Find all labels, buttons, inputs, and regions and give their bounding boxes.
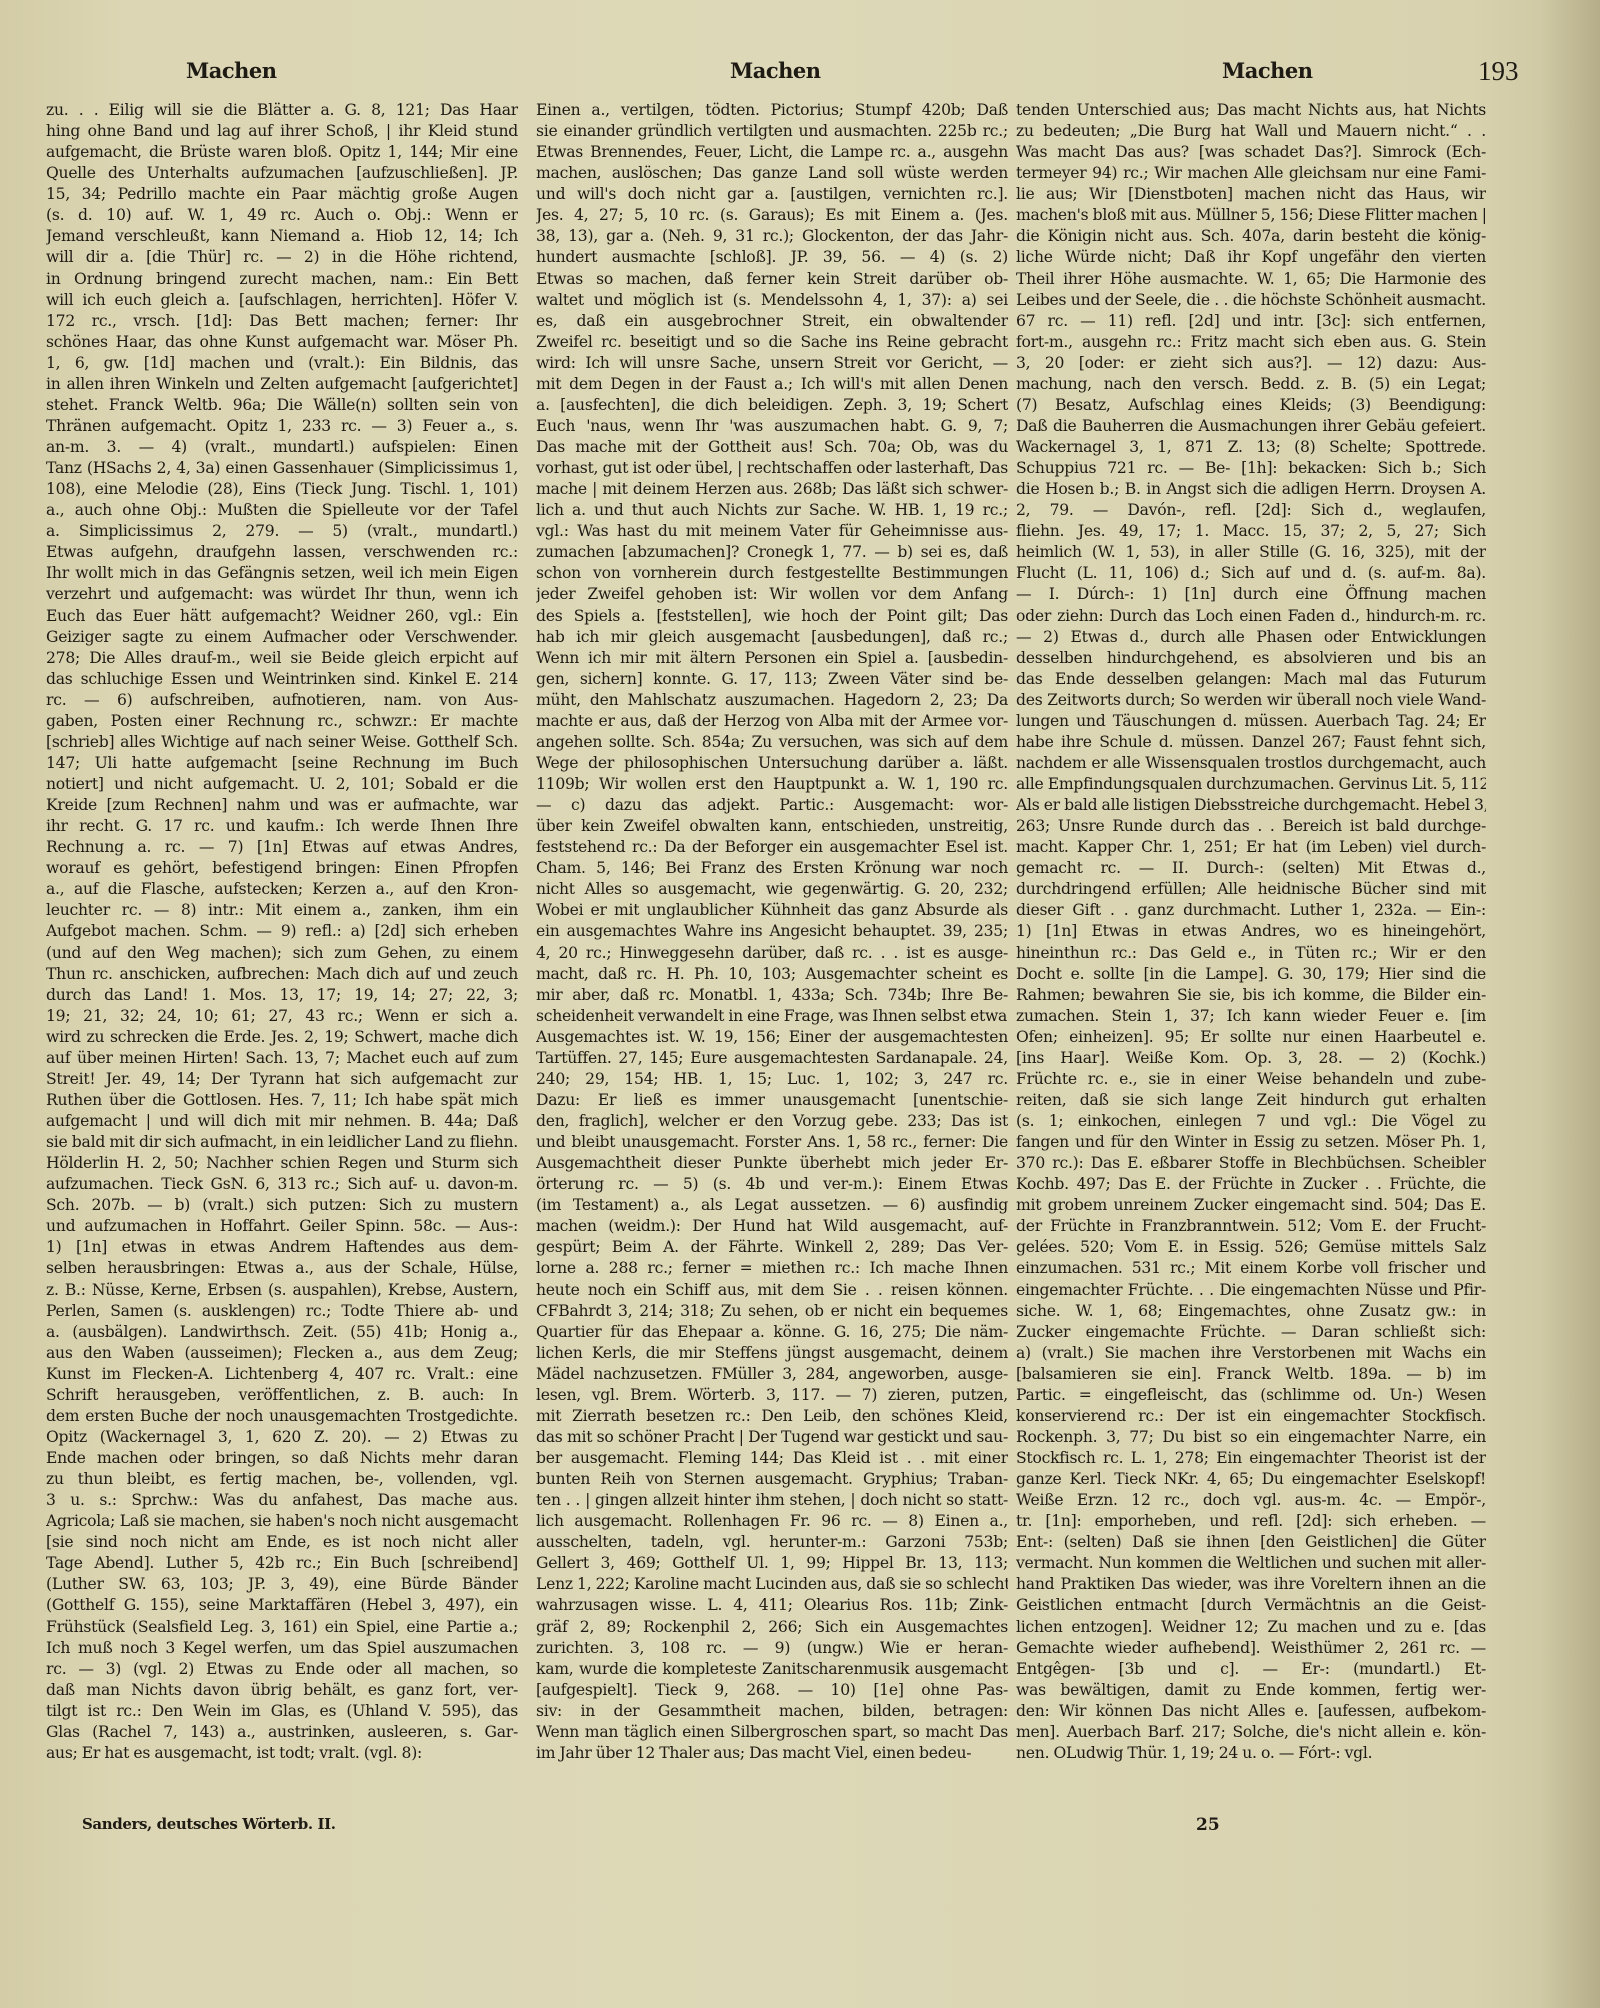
text-line: Schrift herausgeben, veröffentlichen, z.… xyxy=(46,1385,518,1406)
text-line: lich a. und thut auch Nichts zur Sache. … xyxy=(536,500,1008,521)
text-line: lorne a. 288 rc.; ferner = miethen rc.: … xyxy=(536,1258,1008,1279)
text-line: mache | mit deinem Herzen aus. 268b; Das… xyxy=(536,479,1008,500)
text-line: und aufzumachen in Hoffahrt. Geiler Spin… xyxy=(46,1216,518,1237)
text-line: Tage Abend]. Luther 5, 42b rc.; Ein Buch… xyxy=(46,1553,518,1574)
text-line: eingemachter Früchte. . . Die eingemacht… xyxy=(1016,1280,1486,1301)
text-line: Stockfisch rc. L. 1, 278; Ein eingemacht… xyxy=(1016,1448,1486,1469)
text-line: vorhast, gut ist oder übel, | rechtschaf… xyxy=(536,458,1008,479)
text-line: tilgt ist rc.: Den Wein im Glas, es (Uhl… xyxy=(46,1701,518,1722)
text-line: aufzumachen. Tieck GsN. 6, 313 rc.; Sich… xyxy=(46,1174,518,1195)
text-line: in Ordnung bringend zurecht machen, nam.… xyxy=(46,269,518,290)
text-line: rc. — 3) (vgl. 2) Etwas zu Ende oder all… xyxy=(46,1659,518,1680)
text-line: Euch 'naus, wenn Ihr 'was auszumachen ha… xyxy=(536,416,1008,437)
text-line: wahrzusagen wisse. L. 4, 411; Olearius R… xyxy=(536,1595,1008,1616)
text-line: des Zeitworts durch; So werden wir übera… xyxy=(1016,690,1486,711)
text-line: ihr recht. G. 17 rc. und kaufm.: Ich wer… xyxy=(46,816,518,837)
text-line: fangen und für den Winter in Essig zu se… xyxy=(1016,1132,1486,1153)
text-line: zumachen [abzumachen]? Cronegk 1, 77. — … xyxy=(536,542,1008,563)
text-line: Kunst im Flecken-A. Lichtenberg 4, 407 r… xyxy=(46,1364,518,1385)
text-line: habe ihre Schule d. müssen. Danzel 267; … xyxy=(1016,732,1486,753)
text-line: Daß die Bauherren die Ausmachungen ihrer… xyxy=(1016,416,1486,437)
text-line: angehen sollte. Sch. 854a; Zu versuchen,… xyxy=(536,732,1008,753)
text-line: Weiße Erzn. 12 rc., doch vgl. aus-m. 4c.… xyxy=(1016,1490,1486,1511)
text-line: machung, nach den versch. Bedd. z. B. (5… xyxy=(1016,374,1486,395)
text-line: Agricola; Laß sie machen, sie haben's no… xyxy=(46,1511,518,1532)
text-line: Wobei er mit unglaublicher Kühnheit das … xyxy=(536,900,1008,921)
text-column-1: zu. . . Eilig will sie die Blätter a. G.… xyxy=(46,100,518,1764)
text-line: ganze Kerl. Tieck NKr. 4, 65; Du eingema… xyxy=(1016,1469,1486,1490)
text-line: Wackernagel 3, 1, 871 Z. 13; (8) Schelte… xyxy=(1016,437,1486,458)
text-line: (Luther SW. 63, 103; JP. 3, 49), eine Bü… xyxy=(46,1574,518,1595)
running-head-left: Machen xyxy=(186,58,277,88)
text-line: Thränen aufgemacht. Opitz 1, 233 rc. — 3… xyxy=(46,416,518,437)
text-line: Ausgemachtes ist. W. 19, 156; Einer der … xyxy=(536,1027,1008,1048)
text-line: 38, 13), gar a. (Neh. 9, 31 rc.); Glocke… xyxy=(536,226,1008,247)
text-line: (Gotthelf G. 155), seine Marktaffären (H… xyxy=(46,1595,518,1616)
text-line: lesen, vgl. Brem. Wörterb. 3, 117. — 7) … xyxy=(536,1385,1008,1406)
text-line: vermacht. Nun kommen die Weltlichen und … xyxy=(1016,1553,1486,1574)
text-line: Gemachte wieder aufhebend]. Weisthümer 2… xyxy=(1016,1638,1486,1659)
text-line: 108), eine Melodie (28), Eins (Tieck Jun… xyxy=(46,479,518,500)
text-line: Docht e. sollte [in die Lampe]. G. 30, 1… xyxy=(1016,964,1486,985)
text-line: Früchte rc. e., sie in einer Weise behan… xyxy=(1016,1069,1486,1090)
text-line: Ich muß noch 3 Kegel werfen, um das Spie… xyxy=(46,1638,518,1659)
text-line: scheidenheit verwandelt in eine Frage, w… xyxy=(536,1006,1008,1027)
text-line: nicht Alles so ausgemacht, wie gegenwärt… xyxy=(536,879,1008,900)
text-line: Ofen; einheizen]. 95; Er sollte nur eine… xyxy=(1016,1027,1486,1048)
text-line: a., auch ohne Obj.: Mußten die Spielleut… xyxy=(46,500,518,521)
text-line: liche Würde nicht; Daß ihr Kopf ungefähr… xyxy=(1016,247,1486,268)
text-line: Ausgemachtheit dieser Punkte überhebt mi… xyxy=(536,1153,1008,1174)
text-line: Schuppius 721 rc. — Be- [1h]: bekacken: … xyxy=(1016,458,1486,479)
text-line: men]. Auerbach Barf. 217; Solche, die's … xyxy=(1016,1722,1486,1743)
text-line: [balsamieren sie ein]. Franck Weltb. 189… xyxy=(1016,1364,1486,1385)
text-line: — c) dazu das adjekt. Partic.: Ausgemach… xyxy=(536,795,1008,816)
text-line: das mit so schöner Pracht | Der Tugend w… xyxy=(536,1427,1008,1448)
text-line: über kein Zweifel obwalten kann, entschi… xyxy=(536,816,1008,837)
text-line: mit grobem unreinem Zucker eingemacht si… xyxy=(1016,1195,1486,1216)
text-line: örterung rc. — 5) (s. 4b und ver-m.): Ei… xyxy=(536,1174,1008,1195)
text-line: was bewältigen, damit zu Ende kommen, fe… xyxy=(1016,1680,1486,1701)
text-line: 19; 21, 32; 24, 10; 61; 27, 43 rc.; Wenn… xyxy=(46,1006,518,1027)
text-line: machte er aus, daß der Herzog von Alba m… xyxy=(536,711,1008,732)
text-line: Wege der philosophischen Untersuchung da… xyxy=(536,753,1008,774)
text-line: a) (vralt.) Sie machen ihre Verstorbenen… xyxy=(1016,1343,1486,1364)
text-line: leuchter rc. — 8) intr.: Mit einem a., z… xyxy=(46,900,518,921)
text-line: [aufgespielt]. Tieck 9, 268. — 10) [1e] … xyxy=(536,1680,1008,1701)
text-line: konservierend rc.: Der ist ein eingemach… xyxy=(1016,1406,1486,1427)
text-line: ten . . | gingen allzeit hinter ihm steh… xyxy=(536,1490,1008,1511)
text-line: Euch das Euer hätt aufgemacht? Weidner 2… xyxy=(46,606,518,627)
text-line: — I. Dúrch-: 1) [1n] durch eine Öffnung … xyxy=(1016,584,1486,605)
text-line: Ihr wollt mich in das Gefängnis setzen, … xyxy=(46,563,518,584)
text-line: Jemand verschleußt, kann Niemand a. Hiob… xyxy=(46,226,518,247)
text-line: kam, wurde die kompleteste Zanitscharenm… xyxy=(536,1659,1008,1680)
text-line: mit dem Degen in der Faust a.; Ich will'… xyxy=(536,374,1008,395)
text-line: zurichten. 3, 108 rc. — 9) (ungw.) Wie e… xyxy=(536,1638,1008,1659)
text-line: heute noch ein Schiff aus, mit dem Sie .… xyxy=(536,1280,1008,1301)
text-line: — 2) Etwas d., durch alle Phasen oder En… xyxy=(1016,627,1486,648)
text-line: durch das Land! 1. Mos. 13, 17; 19, 14; … xyxy=(46,985,518,1006)
text-line: a. [ausfechten], die dich beleidigen. Ze… xyxy=(536,395,1008,416)
text-line: Geistlichen entmacht [durch Vermächtnis … xyxy=(1016,1595,1486,1616)
text-line: Quartier für das Ehepaar a. könne. G. 16… xyxy=(536,1322,1008,1343)
text-line: sie einander gründlich vertilgten und au… xyxy=(536,121,1008,142)
text-line: Wenn ich mir mit ältern Personen ein Spi… xyxy=(536,648,1008,669)
text-line: verzehrt und aufgemacht: was würdet Ihr … xyxy=(46,584,518,605)
text-line: lichen entzogen]. Weidner 12; Zu machen … xyxy=(1016,1617,1486,1638)
running-head-center: Machen xyxy=(730,58,821,88)
page-number: 193 xyxy=(1478,56,1519,87)
text-line: zu thun bleibt, es fertig machen, be-, v… xyxy=(46,1469,518,1490)
text-line: auf über meinen Hirten! Sach. 13, 7; Mac… xyxy=(46,1048,518,1069)
text-line: einzumachen. 531 rc.; Mit einem Korbe vo… xyxy=(1016,1258,1486,1279)
text-line: 1, 6, gw. [1d] machen und (vralt.): Ein … xyxy=(46,353,518,374)
text-line: Cham. 5, 146; Bei Franz des Ersten Krönu… xyxy=(536,858,1008,879)
text-line: mit Zierrath besetzen rc.: Den Leib, den… xyxy=(536,1406,1008,1427)
text-line: Leibes und der Seele, die . . die höchst… xyxy=(1016,290,1486,311)
text-line: Ende machen oder bringen, so daß Nichts … xyxy=(46,1448,518,1469)
text-line: des Spiels a. [feststellen], wie hoch de… xyxy=(536,606,1008,627)
text-line: z. B.: Nüsse, Kerne, Erbsen (s. auspahle… xyxy=(46,1280,518,1301)
text-line: tr. [1n]: emporheben, und refl. [2d]: si… xyxy=(1016,1511,1486,1532)
text-line: Ruthen über die Gottlosen. Hes. 7, 11; I… xyxy=(46,1090,518,1111)
text-column-2: Einen a., vertilgen, tödten. Pictorius; … xyxy=(536,100,1008,1764)
text-line: Glas (Rachel 7, 143) a., austrinken, aus… xyxy=(46,1722,518,1743)
text-line: dieser Gift . . ganz durchmacht. Luther … xyxy=(1016,900,1486,921)
text-line: desselben hindurchgehend, es absolvieren… xyxy=(1016,648,1486,669)
text-line: das Ende desselben gelangen: Mach mal da… xyxy=(1016,669,1486,690)
text-line: oder ziehn: Durch das Loch einen Faden d… xyxy=(1016,606,1486,627)
text-line: Als er bald alle listigen Diebsstreiche … xyxy=(1016,795,1486,816)
text-line: machen's bloß mit aus. Müllner 5, 156; D… xyxy=(1016,205,1486,226)
text-line: gemacht rc. — II. Durch-: (selten) Mit E… xyxy=(1016,858,1486,879)
text-line: zu bedeuten; „Die Burg hat Wall und Maue… xyxy=(1016,121,1486,142)
text-line: Partic. = eingefleischt, das (schlimme o… xyxy=(1016,1385,1486,1406)
text-line: hab ich mir gleich ausgemacht [ausbedung… xyxy=(536,627,1008,648)
text-line: Aufgebot machen. Schm. — 9) refl.: a) [2… xyxy=(46,921,518,942)
text-line: worauf es gehört, befestigend bringen: E… xyxy=(46,858,518,879)
text-line: wird: Ich will unsre Sache, unsern Strei… xyxy=(536,353,1008,374)
text-line: tenden Unterschied aus; Das macht Nichts… xyxy=(1016,100,1486,121)
text-line: Kochb. 497; Das E. der Früchte in Zucker… xyxy=(1016,1174,1486,1195)
text-line: Was macht Das aus? [was schadet Das?]. S… xyxy=(1016,142,1486,163)
text-line: Flucht (L. 11, 106) d.; Sich auf und d. … xyxy=(1016,563,1486,584)
text-line: feststehend rc.: Da der Beforger ein aus… xyxy=(536,837,1008,858)
text-line: wird zu schrecken die Erde. Jes. 2, 19; … xyxy=(46,1027,518,1048)
text-line: notiert] und nicht aufgemacht. U. 2, 101… xyxy=(46,774,518,795)
text-line: Zweifel rc. beseitigt und so die Sache i… xyxy=(536,332,1008,353)
text-line: selben herausbringen: Etwas a., aus der … xyxy=(46,1258,518,1279)
text-line: 3 u. s.: Sprchw.: Was du anfahest, Das m… xyxy=(46,1490,518,1511)
text-line: müht, den Mahlschatz auszumachen. Hagedo… xyxy=(536,690,1008,711)
text-line: lie aus; Wir [Dienstboten] machen nicht … xyxy=(1016,184,1486,205)
text-line: lungen und Täuschungen d. müssen. Auerba… xyxy=(1016,711,1486,732)
text-line: ber ausgemacht. Fleming 144; Das Kleid i… xyxy=(536,1448,1008,1469)
text-line: 240; 29, 154; HB. 1, 15; Luc. 1, 102; 3,… xyxy=(536,1069,1008,1090)
text-line: will ich euch gleich a. [aufschlagen, he… xyxy=(46,290,518,311)
text-line: (s. d. 10) auf. W. 1, 49 rc. Auch o. Obj… xyxy=(46,205,518,226)
text-line: den, fraglich], welcher er den Vorzug ge… xyxy=(536,1111,1008,1132)
text-line: [sie sind noch nicht am Ende, es ist noc… xyxy=(46,1532,518,1553)
text-line: (s. 1; einkochen, einlegen 7 und vgl.: D… xyxy=(1016,1111,1486,1132)
text-line: schönes Haar, das ohne Kunst aufgemacht … xyxy=(46,332,518,353)
text-line: Tanz (HSachs 2, 4, 3a) einen Gassenhauer… xyxy=(46,458,518,479)
text-line: im Jahr über 12 Thaler aus; Das macht Vi… xyxy=(536,1743,1008,1764)
text-line: CFBahrdt 3, 214; 318; Zu sehen, ob er ni… xyxy=(536,1301,1008,1322)
text-line: Opitz (Wackernagel 3, 1, 620 Z. 20). — 2… xyxy=(46,1427,518,1448)
text-line: 1) [1n] Etwas in etwas Andres, wo es hin… xyxy=(1016,921,1486,942)
text-line: 3, 20 [oder: er zieht sich aus?]. — 12) … xyxy=(1016,353,1486,374)
text-line: Wenn man täglich einen Silbergroschen sp… xyxy=(536,1722,1008,1743)
text-line: Das mache mit der Gottheit aus! Sch. 70a… xyxy=(536,437,1008,458)
text-line: die Königin nicht aus. Sch. 407a, darin … xyxy=(1016,226,1486,247)
text-line: Mädel nachzusetzen. FMüller 3, 284, ange… xyxy=(536,1364,1008,1385)
text-line: 15, 34; Pedrillo machte ein Paar mächtig… xyxy=(46,184,518,205)
text-line: Rechnung a. rc. — 7) [1n] Etwas auf etwa… xyxy=(46,837,518,858)
text-line: aufgemacht | und will dich mit mir nehme… xyxy=(46,1111,518,1132)
text-line: aufgemacht, die Brüste waren bloß. Opitz… xyxy=(46,142,518,163)
text-line: gen, sichern] konnte. G. 17, 113; Zween … xyxy=(536,669,1008,690)
text-line: Geiziger sagte zu einem Aufmacher oder V… xyxy=(46,627,518,648)
text-line: nen. OLudwig Thür. 1, 19; 24 u. o. — Fór… xyxy=(1016,1743,1486,1764)
running-head-right: Machen xyxy=(1222,58,1313,88)
text-line: die Hosen b.; B. in Angst sich die adlig… xyxy=(1016,479,1486,500)
text-line: siche. W. 1, 68; Eingemachtes, ohne Zusa… xyxy=(1016,1301,1486,1322)
text-line: macht. Kapper Chr. 1, 251; Er hat (im Le… xyxy=(1016,837,1486,858)
text-line: rc. — 6) aufschreiben, aufnotieren, nam.… xyxy=(46,690,518,711)
text-line: Dazu: Er ließ es immer unausgemacht [une… xyxy=(536,1090,1008,1111)
text-line: zumachen. Stein 1, 37; Ich kann wieder F… xyxy=(1016,1006,1486,1027)
text-line: gräf 2, 89; Rockenphil 2, 266; Sich ein … xyxy=(536,1617,1008,1638)
text-line: Zucker eingemachte Früchte. — Daran schl… xyxy=(1016,1322,1486,1343)
text-line: Streit! Jer. 49, 14; Der Tyrann hat sich… xyxy=(46,1069,518,1090)
sheet-signature: 25 xyxy=(1196,1815,1220,1835)
text-line: jeder Zweifel gehoben ist: Wir wollen vo… xyxy=(536,584,1008,605)
text-line: (7) Besatz, Aufschlag eines Kleids; (3) … xyxy=(1016,395,1486,416)
text-line: Hölderlin H. 2, 50; Nachher schien Regen… xyxy=(46,1153,518,1174)
text-line: 278; Die Alles drauf-m., weil sie Beide … xyxy=(46,648,518,669)
text-line: bunten Reih von Sternen ausgemacht. Gryp… xyxy=(536,1469,1008,1490)
text-line: und bleibt unausgemacht. Forster Ans. 1,… xyxy=(536,1132,1008,1153)
text-line: Rahmen; bewahren Sie sie, bis ich komme,… xyxy=(1016,985,1486,1006)
text-line: Quelle des Unterhalts aufzumachen [aufzu… xyxy=(46,163,518,184)
text-line: Thun rc. anschicken, aufbrechen: Mach di… xyxy=(46,964,518,985)
text-line: Jes. 4, 27; 5, 10 rc. (s. Garaus); Es mi… xyxy=(536,205,1008,226)
text-line: macht, daß rc. H. Ph. 10, 103; Ausgemach… xyxy=(536,964,1008,985)
text-line: in allen ihren Winkeln und Zelten aufgem… xyxy=(46,374,518,395)
text-line: a., auf die Flasche, aufstecken; Kerzen … xyxy=(46,879,518,900)
text-line: will dir a. [die Thür] rc. — 2) in die H… xyxy=(46,247,518,268)
text-line: aus; Er hat es ausgemacht, ist todt; vra… xyxy=(46,1743,518,1764)
text-line: machen (weidm.): Der Hund hat Wild ausge… xyxy=(536,1216,1008,1237)
text-line: schon von vornherein durch festgestellte… xyxy=(536,563,1008,584)
text-line: hing ohne Band und lag auf ihrer Schoß, … xyxy=(46,121,518,142)
text-line: Perlen, Samen (s. ausklengen) rc.; Todte… xyxy=(46,1301,518,1322)
text-line: termeyer 94) rc.; Wir machen Alle gleich… xyxy=(1016,163,1486,184)
text-column-3: tenden Unterschied aus; Das macht Nichts… xyxy=(1016,100,1486,1764)
text-line: lichen Kerls, die mir Steffens jüngst au… xyxy=(536,1343,1008,1364)
text-line: durchdringend erfüllen; Alle heidnische … xyxy=(1016,879,1486,900)
text-line: Gellert 3, 469; Gotthelf Ul. 1, 99; Hipp… xyxy=(536,1553,1008,1574)
text-line: 4, 20 rc.; Hinweggesehn darüber, daß rc.… xyxy=(536,943,1008,964)
text-line: den: Wir können Das nicht Alles e. [aufe… xyxy=(1016,1701,1486,1722)
text-line: zu. . . Eilig will sie die Blätter a. G.… xyxy=(46,100,518,121)
text-line: [ins Haar]. Weiße Kom. Op. 3, 28. — 2) (… xyxy=(1016,1048,1486,1069)
text-line: (im Testament) a., als Legat aussetzen. … xyxy=(536,1195,1008,1216)
text-line: Einen a., vertilgen, tödten. Pictorius; … xyxy=(536,100,1008,121)
text-line: daß man Nichts davon übrig behält, es ga… xyxy=(46,1680,518,1701)
text-line: es, daß ein ausgebrochner Streit, ein ob… xyxy=(536,311,1008,332)
text-line: hundert ausmachte [schloß]. JP. 39, 56. … xyxy=(536,247,1008,268)
text-line: machen, auslöschen; Das ganze Land soll … xyxy=(536,163,1008,184)
text-line: Etwas Brennendes, Feuer, Licht, die Lamp… xyxy=(536,142,1008,163)
text-line: a. Simplicissimus 2, 279. — 5) (vralt., … xyxy=(46,521,518,542)
text-line: stehet. Franck Weltb. 96a; Die Wälle(n) … xyxy=(46,395,518,416)
text-line: und will's doch nicht gar a. [austilgen,… xyxy=(536,184,1008,205)
text-line: 2, 79. — Davón-, refl. [2d]: Sich d., we… xyxy=(1016,500,1486,521)
text-line: fliehn. Jes. 49, 17; 1. Macc. 15, 37; 2,… xyxy=(1016,521,1486,542)
text-line: gespürt; Beim A. der Fährte. Winkell 2, … xyxy=(536,1237,1008,1258)
footer-source-title: Sanders, deutsches Wörterb. II. xyxy=(82,1815,336,1833)
text-line: 370 rc.): Das E. eßbarer Stoffe in Blech… xyxy=(1016,1153,1486,1174)
text-line: fort-m., ausgehn rc.: Fritz macht sich e… xyxy=(1016,332,1486,353)
text-line: 147; Uli hatte aufgemacht [seine Rechnun… xyxy=(46,753,518,774)
text-line: [schrieb] alles Wichtige auf nach seiner… xyxy=(46,732,518,753)
text-line: Ent-: (selten) Daß sie ihnen [den Geistl… xyxy=(1016,1532,1486,1553)
text-line: gelées. 520; Vom E. in Essig. 526; Gemüs… xyxy=(1016,1237,1486,1258)
text-line: Sch. 207b. — b) (vralt.) sich putzen: Si… xyxy=(46,1195,518,1216)
page-edge-shadow xyxy=(1540,0,1600,2008)
text-line: mir aber, daß rc. Monatbl. 1, 433a; Sch.… xyxy=(536,985,1008,1006)
text-line: gaben, Posten einer Rechnung rc., schwzr… xyxy=(46,711,518,732)
text-line: siv: in der Gesammtheit machen, bilden, … xyxy=(536,1701,1008,1722)
text-line: waltet und möglich ist (s. Mendelssohn 4… xyxy=(536,290,1008,311)
text-line: Entgêgen- [3b und c]. — Er-: (mundartl.)… xyxy=(1016,1659,1486,1680)
text-line: Theil ihrer Höhe ausmachte. W. 1, 65; Di… xyxy=(1016,269,1486,290)
text-line: Lenz 1, 222; Karoline macht Lucinden aus… xyxy=(536,1574,1008,1595)
text-line: heimlich (W. 1, 53), in aller Stille (G.… xyxy=(1016,542,1486,563)
text-line: a. (ausbälgen). Landwirthsch. Zeit. (55)… xyxy=(46,1322,518,1343)
text-line: nachdem er alle Wissensqualen trostlos d… xyxy=(1016,753,1486,774)
text-line: der Früchte in Franzbranntwein. 512; Vom… xyxy=(1016,1216,1486,1237)
text-line: ausschelten, tadeln, vgl. herunter-m.: G… xyxy=(536,1532,1008,1553)
text-line: 1) [1n] etwas in etwas Andrem Haftendes … xyxy=(46,1237,518,1258)
text-line: Frühstück (Sealsfield Leg. 3, 161) ein S… xyxy=(46,1617,518,1638)
text-line: Tartüffen. 27, 145; Eure ausgemachtesten… xyxy=(536,1048,1008,1069)
text-line: an-m. 3. — 4) (vralt., mundartl.) aufspi… xyxy=(46,437,518,458)
text-line: 263; Unsre Runde durch das . . Bereich i… xyxy=(1016,816,1486,837)
text-line: Etwas aufgehn, draufgehn lassen, verschw… xyxy=(46,542,518,563)
text-line: hand Praktiken Das wieder, was ihre Vore… xyxy=(1016,1574,1486,1595)
text-line: hineinthun rc.: Das Geld e., in Tüten rc… xyxy=(1016,943,1486,964)
text-line: (und auf den Weg machen); sich zum Gehen… xyxy=(46,943,518,964)
text-line: sie bald mit dir sich aufmacht, in ein l… xyxy=(46,1132,518,1153)
text-line: vgl.: Was hast du mit meinem Vater für G… xyxy=(536,521,1008,542)
text-line: 67 rc. — 11) refl. [2d] und intr. [3c]: … xyxy=(1016,311,1486,332)
text-line: Rockenph. 3, 77; Du bist so ein eingemac… xyxy=(1016,1427,1486,1448)
text-line: 1109b; Wir wollen erst den Hauptpunkt a.… xyxy=(536,774,1008,795)
text-line: aus den Waben (ausseimen); Flecken a., a… xyxy=(46,1343,518,1364)
text-line: ein ausgemachtes Wahre ins Angesicht beh… xyxy=(536,921,1008,942)
text-line: lich ausgemacht. Rollenhagen Fr. 96 rc. … xyxy=(536,1511,1008,1532)
text-line: alle Empfindungsqualen durchzumachen. Ge… xyxy=(1016,774,1486,795)
dictionary-page: Machen Machen Machen 193 zu. . . Eilig w… xyxy=(0,0,1600,2008)
text-line: dem ersten Buche der noch unausgemachten… xyxy=(46,1406,518,1427)
text-line: 172 rc., vrsch. [1d]: Das Bett machen; f… xyxy=(46,311,518,332)
text-line: reiten, daß sie sich lange Zeit hindurch… xyxy=(1016,1090,1486,1111)
text-line: Kreide [zum Rechnen] nahm und was er auf… xyxy=(46,795,518,816)
text-line: das schluchige Essen und Weintrinken sin… xyxy=(46,669,518,690)
text-line: Etwas so machen, daß ferner kein Streit … xyxy=(536,269,1008,290)
